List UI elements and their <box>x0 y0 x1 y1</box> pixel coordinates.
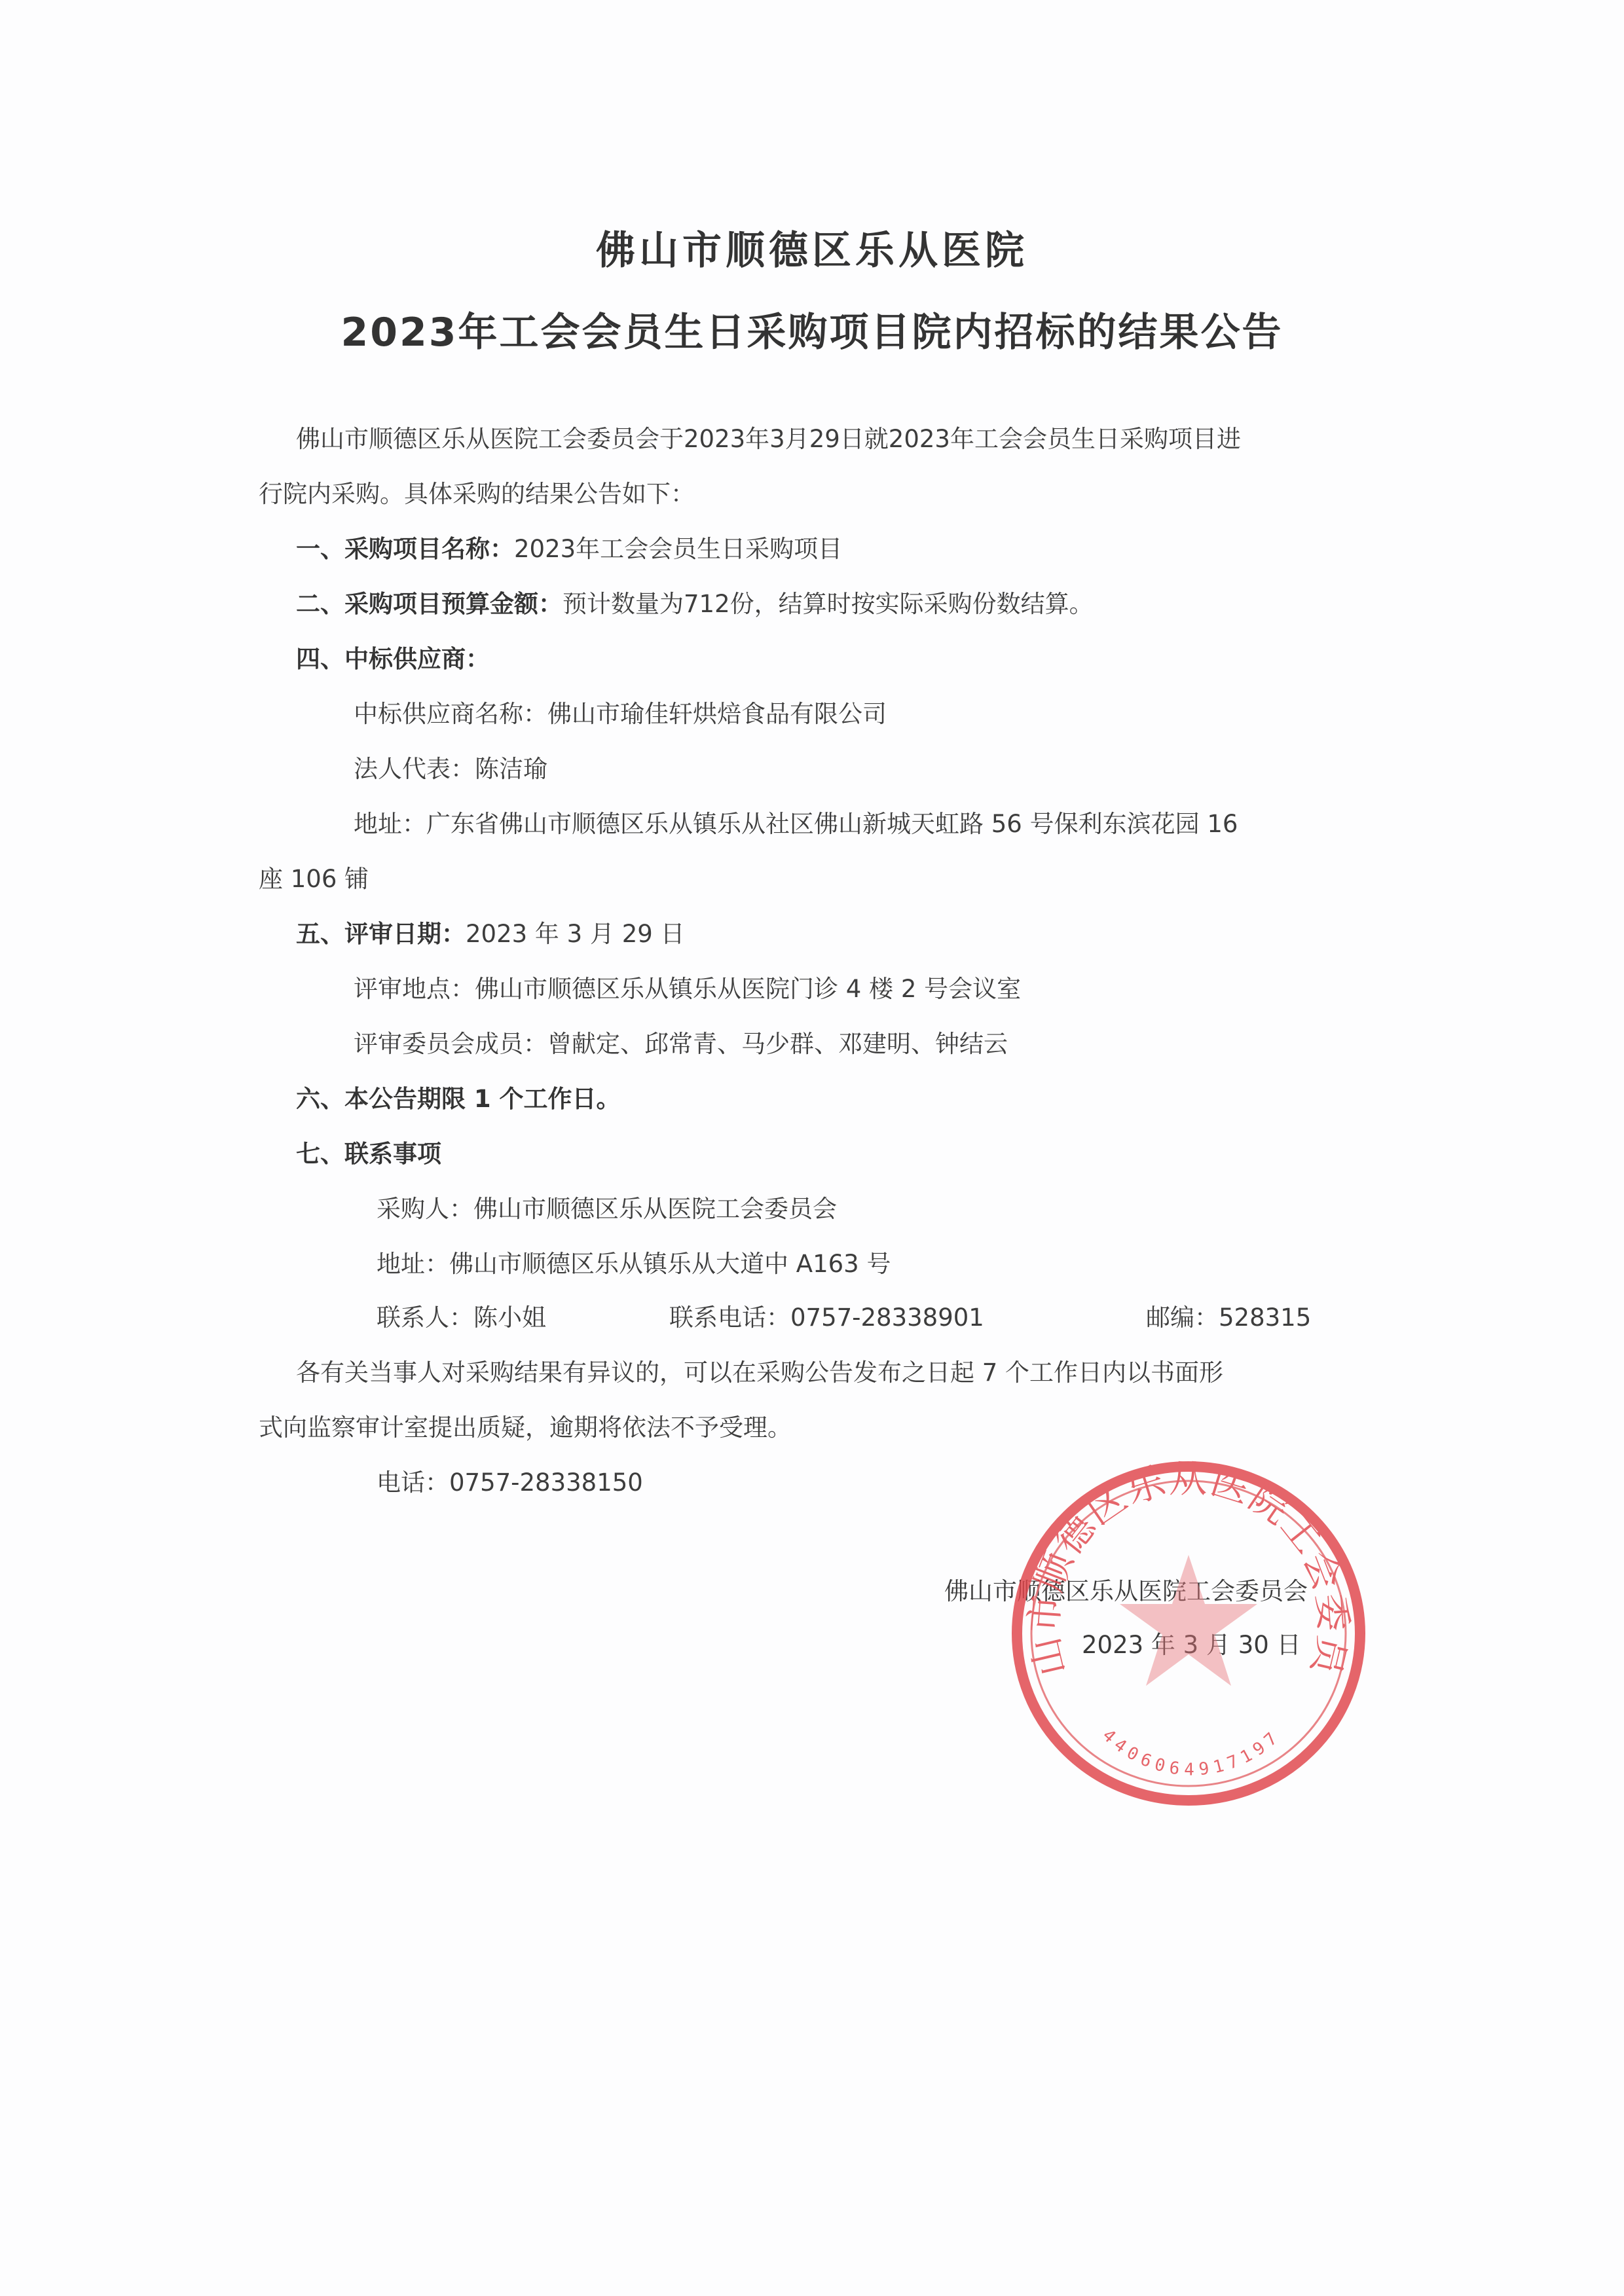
legal-representative: 法人代表：陈洁瑜 <box>354 749 547 784</box>
objection-line-2: 式向监察审计室提出质疑，逾期将依法不予受理。 <box>259 1408 792 1443</box>
section-5-heading: 五、评审日期： <box>296 920 466 948</box>
document-page: 佛山市顺德区乐从医院 2023年工会会员生日采购项目院内招标的结果公告 佛山市顺… <box>0 0 1624 2296</box>
objection-line-1: 各有关当事人对采购结果有异议的，可以在采购公告发布之日起 7 个工作日内以书面形 <box>296 1353 1223 1388</box>
purchaser: 采购人：佛山市顺德区乐从医院工会委员会 <box>377 1189 837 1224</box>
supplier-address-line-1: 地址：广东省佛山市顺德区乐从镇乐从社区佛山新城天虹路 56 号保利东滨花园 16 <box>354 804 1238 839</box>
section-1: 一、采购项目名称：2023年工会会员生日采购项目 <box>296 529 842 564</box>
review-date: 2023 年 3 月 29 日 <box>466 920 685 948</box>
section-5: 五、评审日期：2023 年 3 月 29 日 <box>296 914 685 949</box>
intro-line-2: 行院内采购。具体采购的结果公告如下： <box>259 474 695 509</box>
title-hospital: 佛山市顺德区乐从医院 <box>0 219 1624 276</box>
section-2: 二、采购项目预算金额：预计数量为712份，结算时按实际采购份数结算。 <box>296 584 1094 619</box>
review-location: 评审地点：佛山市顺德区乐从镇乐从医院门诊 4 楼 2 号会议室 <box>354 969 1021 1004</box>
supplier-name: 中标供应商名称：佛山市瑜佳轩烘焙食品有限公司 <box>354 694 887 729</box>
signature-org: 佛山市顺德区乐从医院工会委员会 <box>944 1571 1308 1607</box>
objection-phone: 电话：0757-28338150 <box>377 1463 643 1498</box>
intro-line-1: 佛山市顺德区乐从医院工会委员会于2023年3月29日就2023年工会会员生日采购… <box>296 419 1241 454</box>
section-1-heading: 一、采购项目名称： <box>296 535 514 563</box>
svg-text:4406064917197: 4406064917197 <box>1098 1726 1285 1780</box>
signature-date: 2023 年 3 月 30 日 <box>1082 1625 1301 1660</box>
contact-phone: 联系电话：0757-28338901 <box>669 1298 984 1333</box>
section-2-heading: 二、采购项目预算金额： <box>296 590 563 618</box>
title-announcement: 2023年工会会员生日采购项目院内招标的结果公告 <box>0 301 1624 357</box>
contact-person: 联系人：陈小姐 <box>377 1298 546 1333</box>
purchaser-address: 地址：佛山市顺德区乐从镇乐从大道中 A163 号 <box>377 1244 891 1279</box>
postcode: 邮编：528315 <box>1146 1298 1311 1333</box>
section-6-heading: 六、本公告期限 1 个工作日。 <box>296 1079 621 1114</box>
section-7-heading: 七、联系事项 <box>296 1134 441 1169</box>
section-4-heading: 四、中标供应商： <box>296 639 490 674</box>
section-2-value: 预计数量为712份，结算时按实际采购份数结算。 <box>563 590 1094 618</box>
section-1-value: 2023年工会会员生日采购项目 <box>514 535 842 563</box>
supplier-address-line-2: 座 106 铺 <box>259 859 369 894</box>
review-committee: 评审委员会成员：曾献定、邱常青、马少群、邓建明、钟结云 <box>354 1024 1008 1059</box>
